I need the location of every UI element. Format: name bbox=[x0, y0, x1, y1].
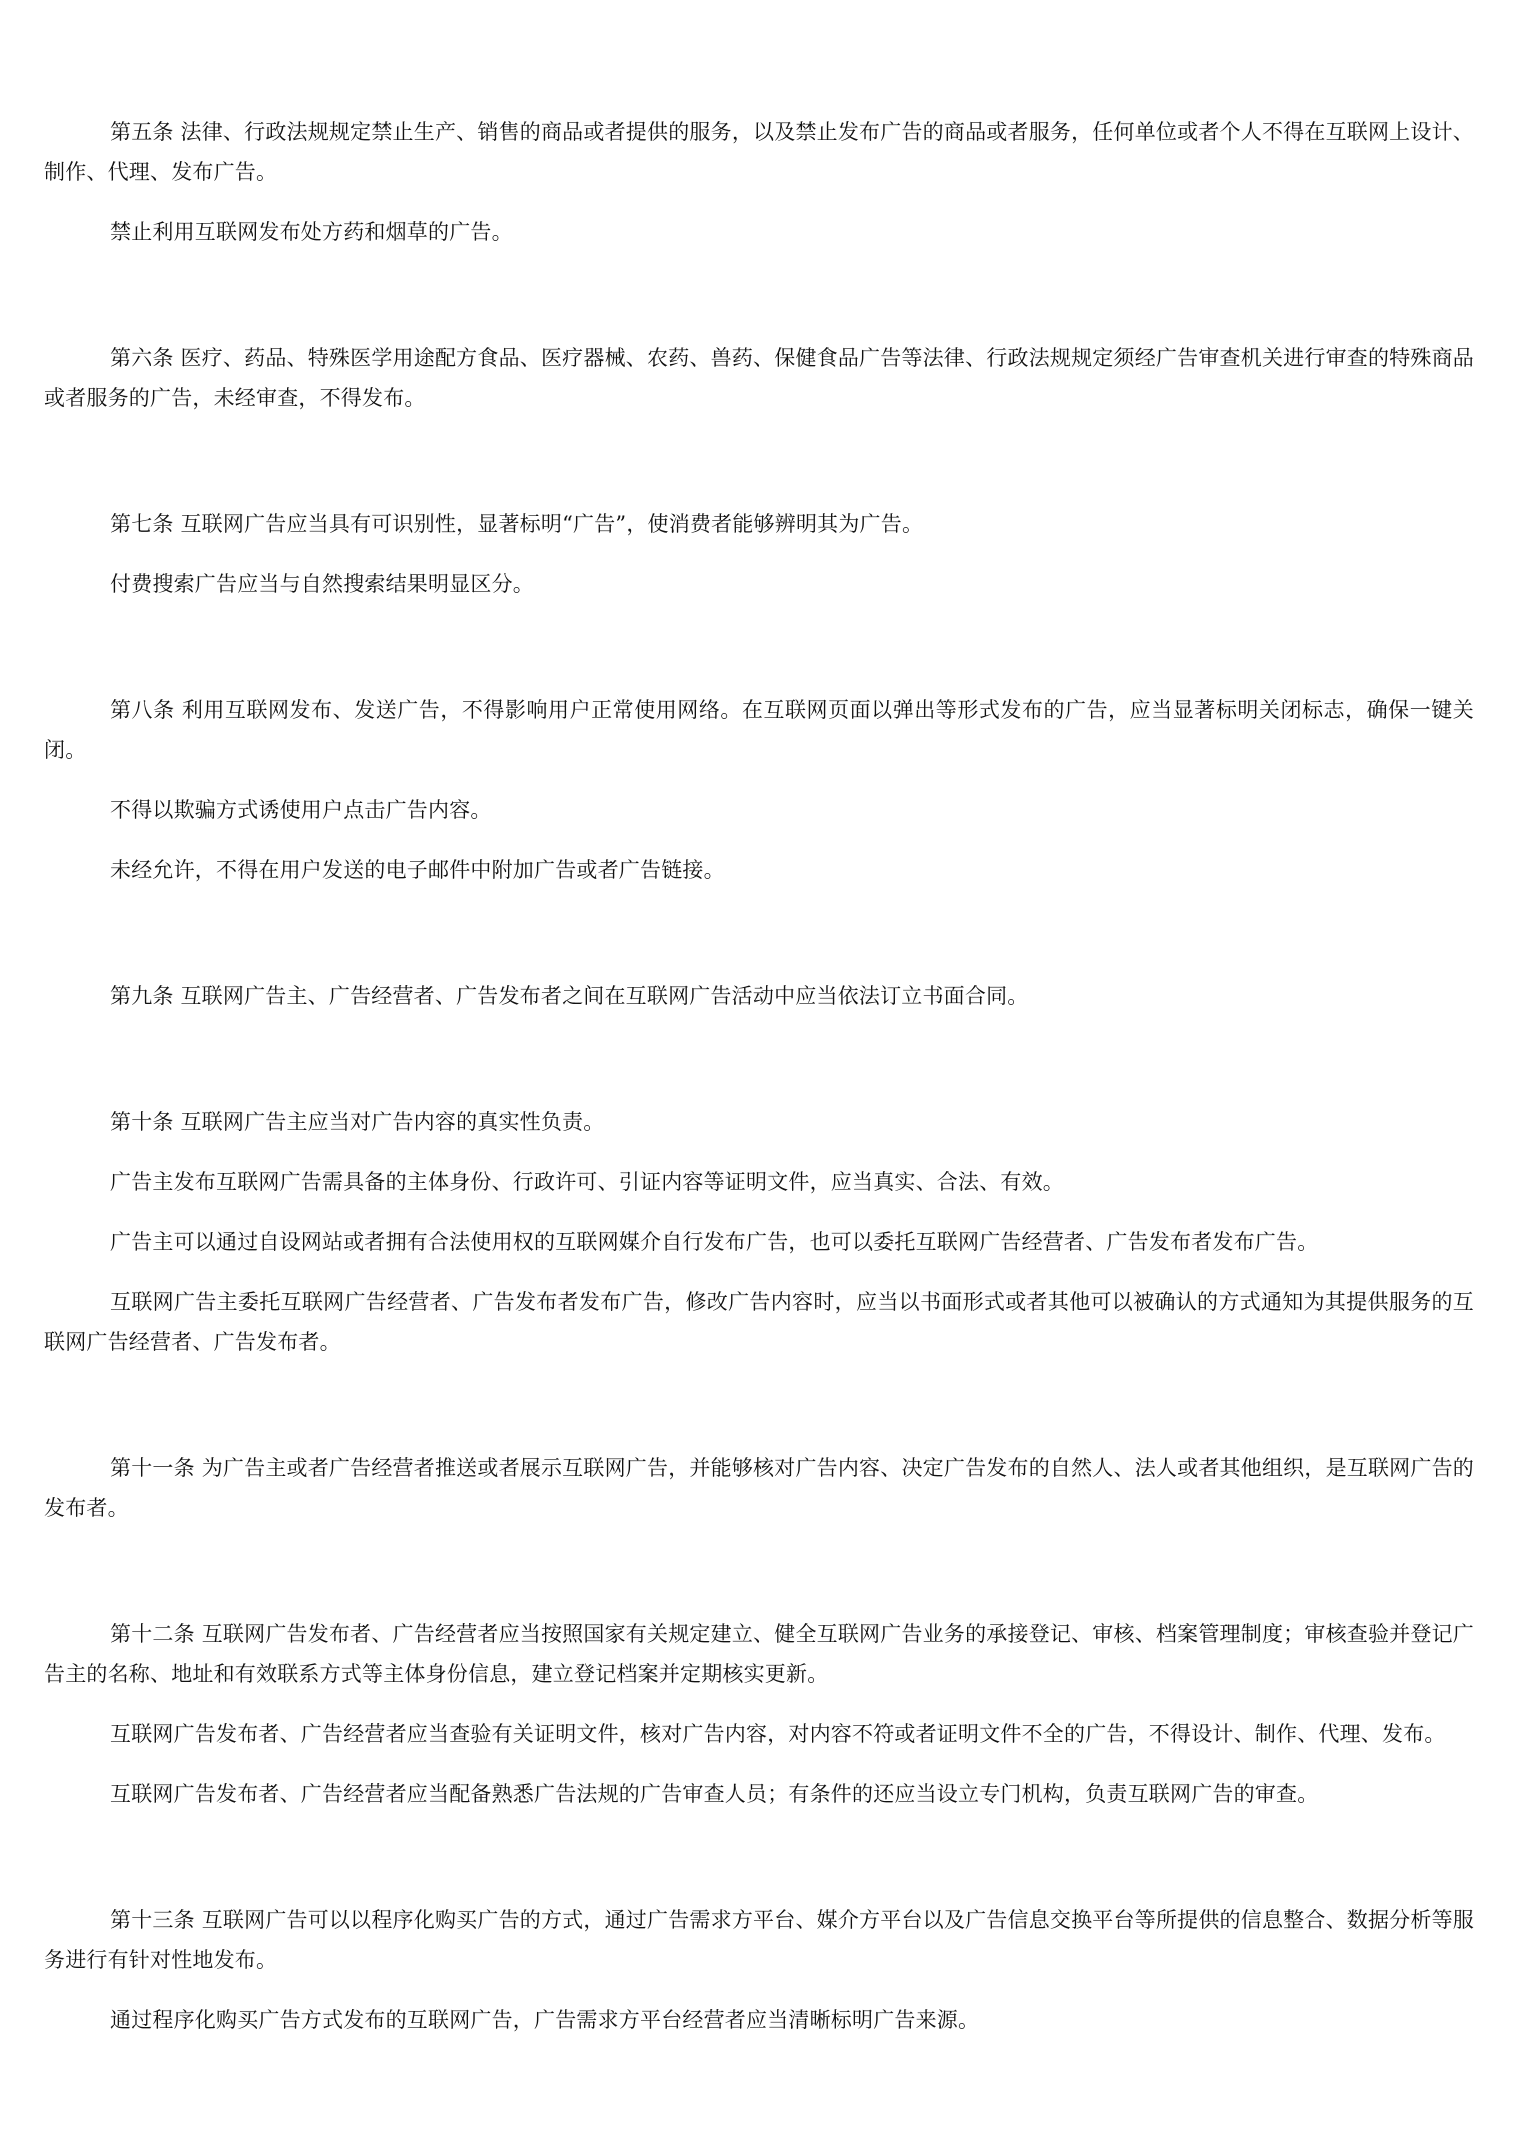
paragraph: 第七条 互联网广告应当具有可识别性，显著标明“广告”，使消费者能够辨明其为广告。 bbox=[44, 504, 1474, 544]
paragraph: 第六条 医疗、药品、特殊医学用途配方食品、医疗器械、农药、兽药、保健食品广告等法… bbox=[44, 338, 1474, 418]
article-11: 第十一条 为广告主或者广告经营者推送或者展示互联网广告，并能够核对广告内容、决定… bbox=[44, 1448, 1474, 1528]
article-13: 第十三条 互联网广告可以以程序化购买广告的方式，通过广告需求方平台、媒介方平台以… bbox=[44, 1900, 1474, 2040]
article-spacer bbox=[44, 910, 1474, 976]
article-7: 第七条 互联网广告应当具有可识别性，显著标明“广告”，使消费者能够辨明其为广告。… bbox=[44, 504, 1474, 604]
article-spacer bbox=[44, 1548, 1474, 1614]
paragraph: 互联网广告发布者、广告经营者应当查验有关证明文件，核对广告内容，对内容不符或者证… bbox=[44, 1714, 1474, 1754]
paragraph: 不得以欺骗方式诱使用户点击广告内容。 bbox=[44, 790, 1474, 830]
paragraph: 第十三条 互联网广告可以以程序化购买广告的方式，通过广告需求方平台、媒介方平台以… bbox=[44, 1900, 1474, 1980]
paragraph: 付费搜索广告应当与自然搜索结果明显区分。 bbox=[44, 564, 1474, 604]
paragraph: 广告主可以通过自设网站或者拥有合法使用权的互联网媒介自行发布广告，也可以委托互联… bbox=[44, 1222, 1474, 1262]
paragraph: 第五条 法律、行政法规规定禁止生产、销售的商品或者提供的服务，以及禁止发布广告的… bbox=[44, 112, 1474, 192]
paragraph: 互联网广告发布者、广告经营者应当配备熟悉广告法规的广告审查人员；有条件的还应当设… bbox=[44, 1774, 1474, 1814]
document-page: 第五条 法律、行政法规规定禁止生产、销售的商品或者提供的服务，以及禁止发布广告的… bbox=[44, 112, 1474, 2060]
article-spacer bbox=[44, 272, 1474, 338]
article-spacer bbox=[44, 624, 1474, 690]
paragraph: 互联网广告主委托互联网广告经营者、广告发布者发布广告，修改广告内容时，应当以书面… bbox=[44, 1282, 1474, 1362]
article-spacer bbox=[44, 1382, 1474, 1448]
article-10: 第十条 互联网广告主应当对广告内容的真实性负责。 广告主发布互联网广告需具备的主… bbox=[44, 1102, 1474, 1362]
article-6: 第六条 医疗、药品、特殊医学用途配方食品、医疗器械、农药、兽药、保健食品广告等法… bbox=[44, 338, 1474, 418]
article-9: 第九条 互联网广告主、广告经营者、广告发布者之间在互联网广告活动中应当依法订立书… bbox=[44, 976, 1474, 1016]
article-8: 第八条 利用互联网发布、发送广告，不得影响用户正常使用网络。在互联网页面以弹出等… bbox=[44, 690, 1474, 890]
paragraph: 第十一条 为广告主或者广告经营者推送或者展示互联网广告，并能够核对广告内容、决定… bbox=[44, 1448, 1474, 1528]
paragraph: 广告主发布互联网广告需具备的主体身份、行政许可、引证内容等证明文件，应当真实、合… bbox=[44, 1162, 1474, 1202]
paragraph: 第十二条 互联网广告发布者、广告经营者应当按照国家有关规定建立、健全互联网广告业… bbox=[44, 1614, 1474, 1694]
paragraph: 第十条 互联网广告主应当对广告内容的真实性负责。 bbox=[44, 1102, 1474, 1142]
paragraph: 第八条 利用互联网发布、发送广告，不得影响用户正常使用网络。在互联网页面以弹出等… bbox=[44, 690, 1474, 770]
paragraph: 第九条 互联网广告主、广告经营者、广告发布者之间在互联网广告活动中应当依法订立书… bbox=[44, 976, 1474, 1016]
article-spacer bbox=[44, 438, 1474, 504]
paragraph: 未经允许，不得在用户发送的电子邮件中附加广告或者广告链接。 bbox=[44, 850, 1474, 890]
article-spacer bbox=[44, 1834, 1474, 1900]
paragraph: 通过程序化购买广告方式发布的互联网广告，广告需求方平台经营者应当清晰标明广告来源… bbox=[44, 2000, 1474, 2040]
paragraph: 禁止利用互联网发布处方药和烟草的广告。 bbox=[44, 212, 1474, 252]
article-spacer bbox=[44, 1036, 1474, 1102]
article-5: 第五条 法律、行政法规规定禁止生产、销售的商品或者提供的服务，以及禁止发布广告的… bbox=[44, 112, 1474, 252]
article-12: 第十二条 互联网广告发布者、广告经营者应当按照国家有关规定建立、健全互联网广告业… bbox=[44, 1614, 1474, 1814]
